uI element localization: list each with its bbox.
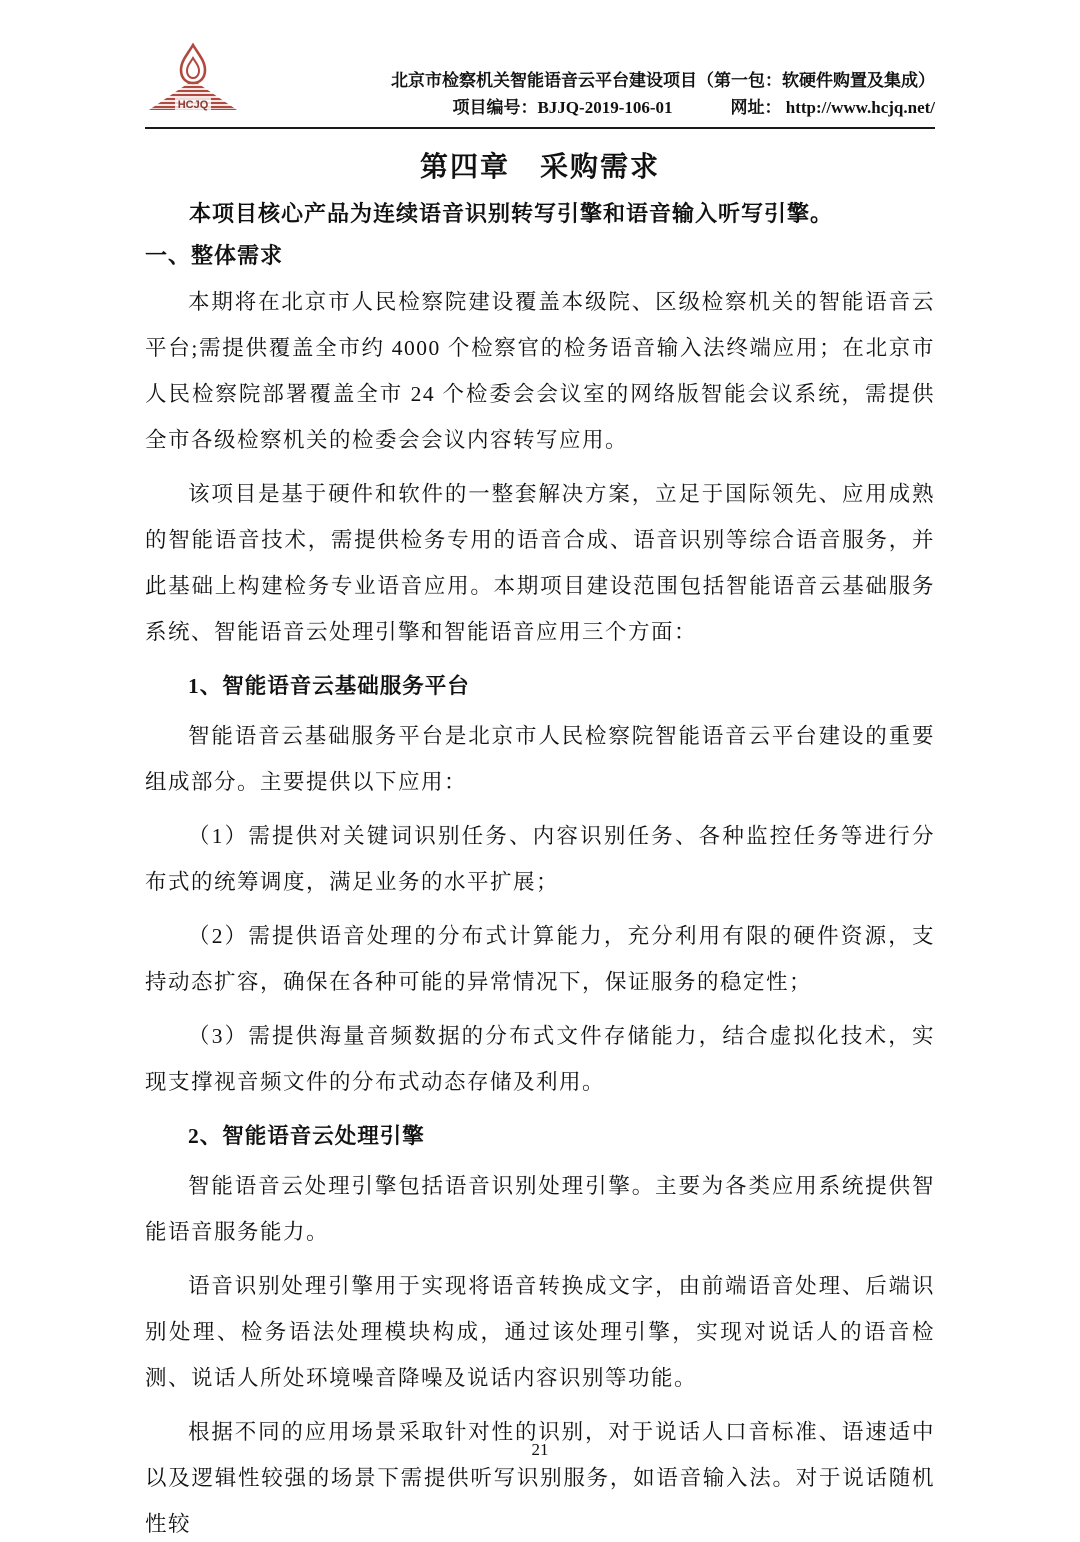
page-number: 21: [0, 1440, 1080, 1460]
paragraph: （1）需提供对关键词识别任务、内容识别任务、各种监控任务等进行分布式的统筹调度，…: [145, 813, 935, 905]
paragraph: 智能语音云基础服务平台是北京市人民检察院智能语音云平台建设的重要组成部分。主要提…: [145, 713, 935, 805]
paragraph: 根据不同的应用场景采取针对性的识别，对于说话人口音标准、语速适中以及逻辑性较强的…: [145, 1409, 935, 1542]
section-heading: 一、整体需求: [145, 239, 935, 273]
hcjq-logo: HCJQ: [145, 42, 255, 121]
paragraph: （2）需提供语音处理的分布式计算能力，充分利用有限的硬件资源，支持动态扩容，确保…: [145, 913, 935, 1005]
paragraph: 该项目是基于硬件和软件的一整套解决方案，立足于国际领先、应用成熟的智能语音技术，…: [145, 471, 935, 655]
paragraph: 智能语音云处理引擎包括语音识别处理引擎。主要为各类应用系统提供智能语音服务能力。: [145, 1163, 935, 1255]
header-project-number: 项目编号：BJJQ-2019-106-01: [452, 94, 672, 121]
page-header: HCJQ 北京市检察机关智能语音云平台建设项目（第一包：软硬件购置及集成） 项目…: [145, 42, 935, 129]
header-website: 网址： http://www.hcjq.net/: [731, 94, 935, 121]
paragraph: 语音识别处理引擎用于实现将语音转换成文字，由前端语音处理、后端识别处理、检务语法…: [145, 1263, 935, 1401]
hcjq-logo-icon: HCJQ: [145, 42, 241, 116]
logo-letters: HCJQ: [178, 99, 209, 111]
chapter-title: 第四章 采购需求: [145, 145, 935, 185]
subsection-heading: 2、智能语音云处理引擎: [145, 1119, 935, 1153]
paragraph: 本期将在北京市人民检察院建设覆盖本级院、区级检察机关的智能语音云平台;需提供覆盖…: [145, 279, 935, 463]
header-project-title: 北京市检察机关智能语音云平台建设项目（第一包：软硬件购置及集成）: [255, 67, 935, 94]
subsection-heading: 1、智能语音云基础服务平台: [145, 669, 935, 703]
paragraph: （3）需提供海量音频数据的分布式文件存储能力，结合虚拟化技术，实现支撑视音频文件…: [145, 1013, 935, 1105]
document-page: HCJQ 北京市检察机关智能语音云平台建设项目（第一包：软硬件购置及集成） 项目…: [0, 0, 1080, 1542]
lead-paragraph: 本项目核心产品为连续语音识别转写引擎和语音输入听写引擎。: [145, 197, 935, 231]
